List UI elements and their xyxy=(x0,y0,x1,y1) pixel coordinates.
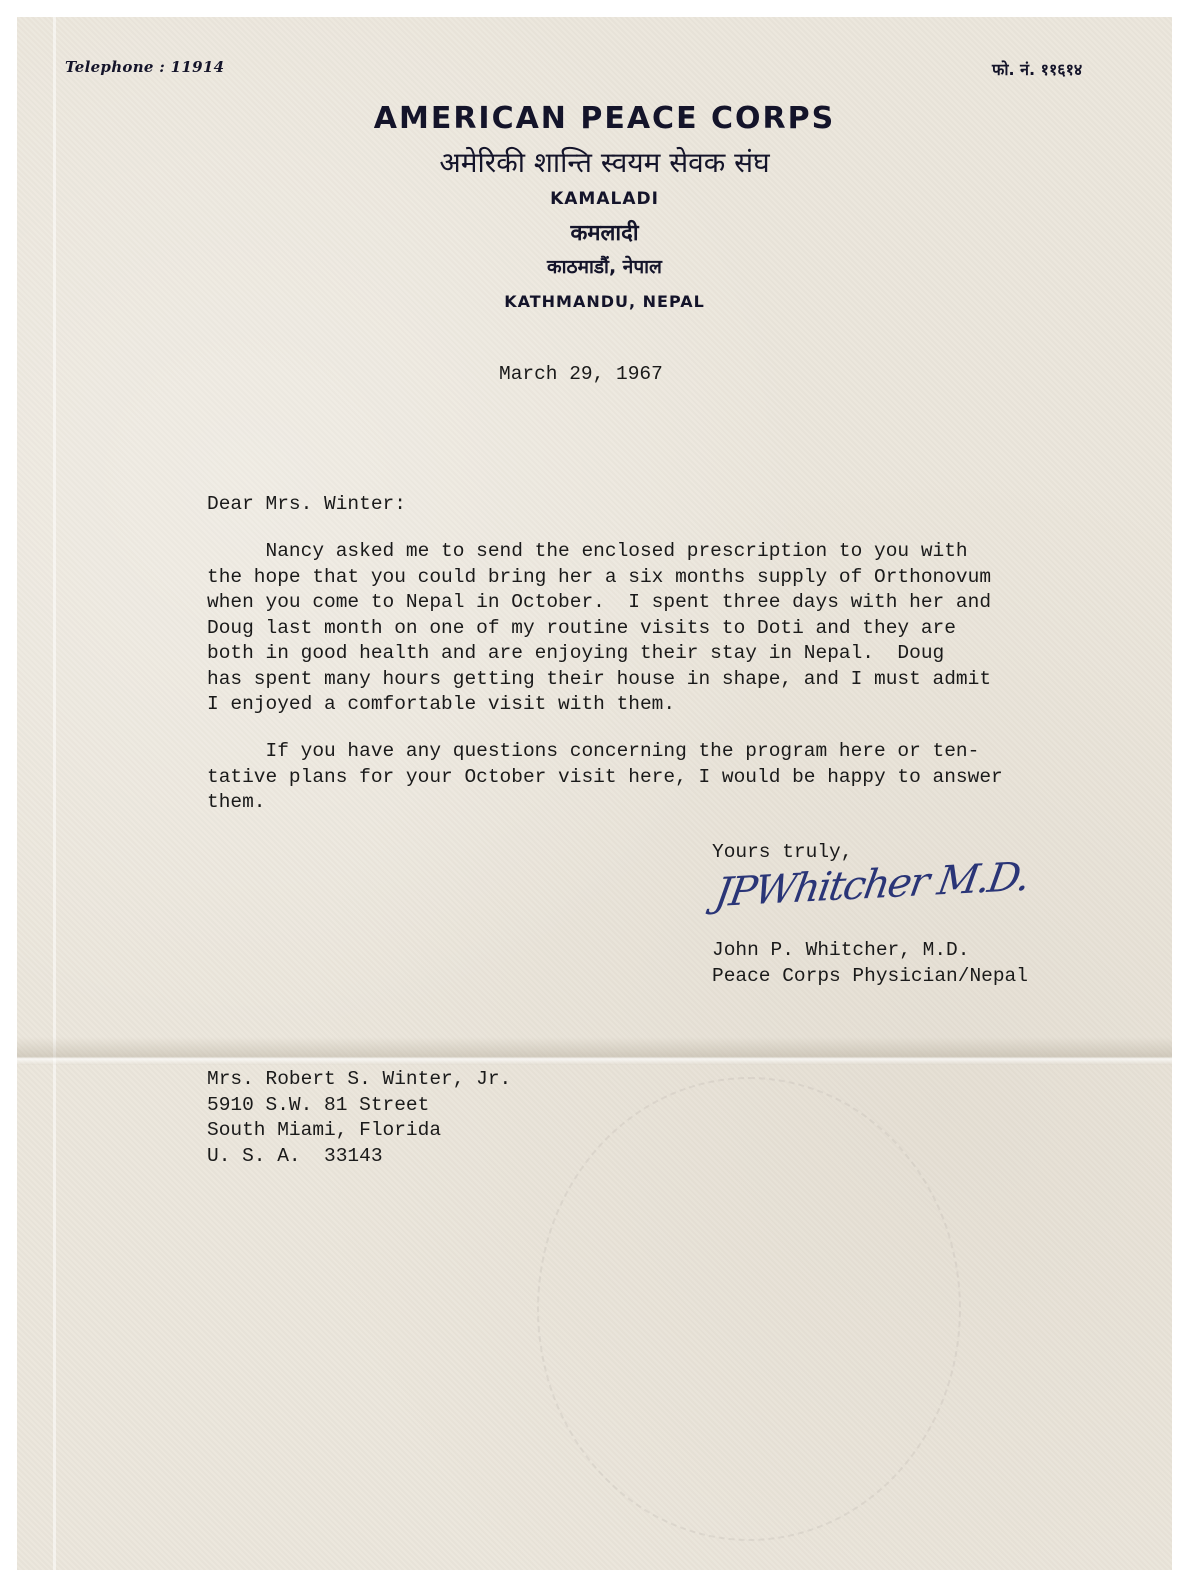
paper-fold-line xyxy=(17,1037,1172,1065)
letter-page: Telephone : 11914 फो. नं. ११६१४ AMERICAN… xyxy=(17,17,1172,1570)
signer-title: Peace Corps Physician/Nepal xyxy=(712,964,1028,990)
paper-crease-vertical xyxy=(53,17,56,1570)
recipient-street: 5910 S.W. 81 Street xyxy=(207,1093,511,1119)
recipient-country-zip: U. S. A. 33143 xyxy=(207,1144,511,1170)
locality: KAMALADI xyxy=(17,189,1172,209)
body-paragraph-1: Nancy asked me to send the enclosed pres… xyxy=(207,539,991,718)
salutation: Dear Mrs. Winter: xyxy=(207,492,406,518)
body-paragraph-2: If you have any questions concerning the… xyxy=(207,739,1003,816)
telephone-number-nepali: फो. नं. ११६१४ xyxy=(992,58,1082,80)
recipient-name: Mrs. Robert S. Winter, Jr. xyxy=(207,1067,511,1093)
signer-name: John P. Whitcher, M.D. xyxy=(712,938,1028,964)
locality-nepali: कमलादी xyxy=(17,217,1172,247)
letter-date: March 29, 1967 xyxy=(499,362,663,388)
organization-title-nepali: अमेरिकी शान्ति स्वयम सेवक संघ xyxy=(17,143,1172,181)
organization-title: AMERICAN PEACE CORPS xyxy=(17,101,1172,136)
embossed-seal-watermark xyxy=(537,1077,961,1541)
recipient-city-state: South Miami, Florida xyxy=(207,1118,511,1144)
city-nepali: काठमाडौं, नेपाल xyxy=(17,253,1172,279)
telephone-number: Telephone : 11914 xyxy=(65,58,224,76)
city: KATHMANDU, NEPAL xyxy=(17,292,1172,311)
signature-block: John P. Whitcher, M.D.Peace Corps Physic… xyxy=(712,938,1028,989)
recipient-address: Mrs. Robert S. Winter, Jr.5910 S.W. 81 S… xyxy=(207,1067,511,1169)
closing: Yours truly, xyxy=(712,840,852,866)
